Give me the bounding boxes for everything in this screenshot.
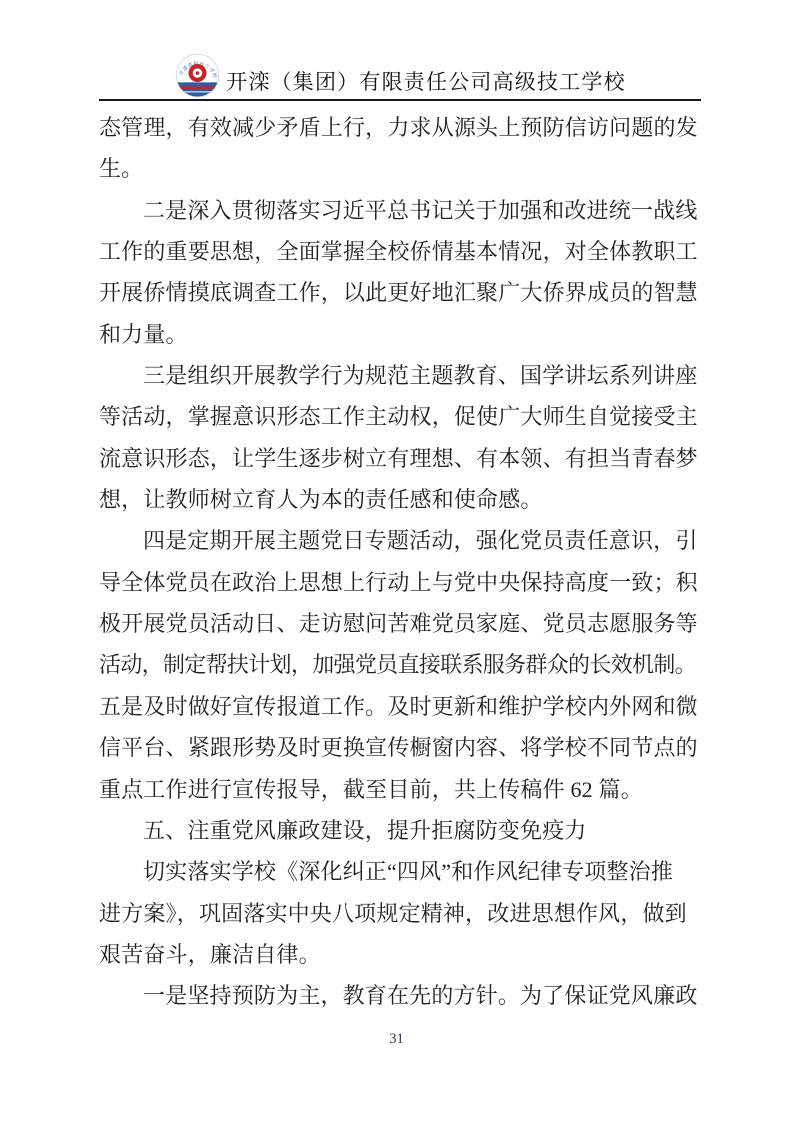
section-heading: 五、注重党风廉政建设，提升拒腐防变免疫力 [99,810,700,851]
text-line: 一是坚持预防为主，教育在先的方针。为了保证党风廉政 [99,975,700,1016]
school-name-title: 开滦（集团）有限责任公司高级技工学校 [226,66,626,96]
document-body: 态管理，有效减少矛盾上行，力求从源头上预防信访问题的发生。二是深入贯彻落实习近平… [99,107,700,1017]
school-emblem-icon: 开滦高级技工学校 [174,52,221,99]
page-number: 31 [0,1031,793,1048]
text-line: 三是组织开展教学行为规范主题教育、国学讲坛系列讲座 [99,355,700,396]
text-line: 导全体党员在政治上思想上行动上与党中央保持高度一致；积 [99,562,700,603]
text-line: 重点工作进行宣传报导，截至目前，共上传稿件 62 篇。 [99,769,700,810]
text-line: 进方案》，巩固落实中央八项规定精神，改进思想作风，做到 [99,893,700,934]
text-line: 和力量。 [99,314,700,355]
paragraph: 切实落实学校《深化纠正“四风”和作风纪律专项整治推进方案》，巩固落实中央八项规定… [99,851,700,975]
text-line: 切实落实学校《深化纠正“四风”和作风纪律专项整治推 [99,851,700,892]
text-line: 二是深入贯彻落实习近平总书记关于加强和改进统一战线 [99,190,700,231]
text-line: 艰苦奋斗，廉洁自律。 [99,934,700,975]
text-line: 四是定期开展主题党日专题活动，强化党员责任意识，引 [99,520,700,561]
text-line: 极开展党员活动日、走访慰问苦难党员家庭、党员志愿服务等 [99,603,700,644]
page-header: 开滦高级技工学校 开滦（集团）有限责任公司高级技工学校 [99,50,701,101]
paragraph: 三是组织开展教学行为规范主题教育、国学讲坛系列讲座等活动，掌握意识形态工作主动权… [99,355,700,520]
text-line: 流意识形态，让学生逐步树立有理想、有本领、有担当青春梦 [99,438,700,479]
paragraph: 四是定期开展主题党日专题活动，强化党员责任意识，引导全体党员在政治上思想上行动上… [99,520,700,809]
document-page: 开滦高级技工学校 开滦（集团）有限责任公司高级技工学校 态管理，有效减少矛盾上行… [0,0,793,1122]
text-line: 等活动，掌握意识形态工作主动权，促使广大师生自觉接受主 [99,396,700,437]
paragraph: 态管理，有效减少矛盾上行，力求从源头上预防信访问题的发生。 [99,107,700,190]
text-line: 想，让教师树立育人为本的责任感和使命感。 [99,479,700,520]
paragraph: 一是坚持预防为主，教育在先的方针。为了保证党风廉政 [99,975,700,1016]
text-line: 五是及时做好宣传报道工作。及时更新和维护学校内外网和微 [99,686,700,727]
text-line: 信平台、紧跟形势及时更换宣传橱窗内容、将学校不同节点的 [99,727,700,768]
text-line: 工作的重要思想，全面掌握全校侨情基本情况，对全体教职工 [99,231,700,272]
text-line: 活动，制定帮扶计划，加强党员直接联系服务群众的长效机制。 [99,644,700,685]
text-line: 开展侨情摸底调查工作，以此更好地汇聚广大侨界成员的智慧 [99,272,700,313]
text-line: 生。 [99,148,700,189]
text-line: 态管理，有效减少矛盾上行，力求从源头上预防信访问题的发 [99,107,700,148]
paragraph: 二是深入贯彻落实习近平总书记关于加强和改进统一战线工作的重要思想，全面掌握全校侨… [99,190,700,355]
text-line: 五、注重党风廉政建设，提升拒腐防变免疫力 [99,810,700,851]
